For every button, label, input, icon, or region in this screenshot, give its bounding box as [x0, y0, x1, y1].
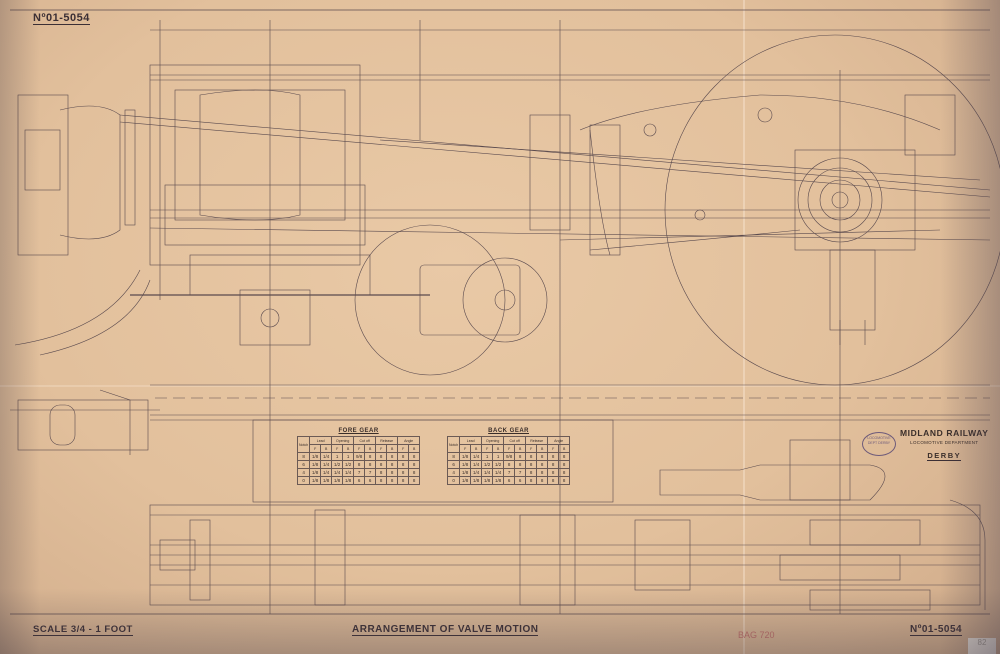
drawing-number-top: Nº01-5054	[33, 12, 90, 25]
back-gear-grid: Notch Lead Opening Cut off Release Angle…	[447, 436, 570, 485]
back-gear-table: BACK GEAR Notch Lead Opening Cut off Rel…	[447, 428, 570, 485]
fore-gear-title: FORE GEAR	[297, 428, 420, 434]
col-release: Release	[526, 437, 548, 445]
col-cutoff: Cut off	[354, 437, 376, 445]
corner-mark: 82	[968, 638, 996, 654]
department-stamp: LOCOMOTIVE DEPT DERBY	[862, 432, 896, 456]
col-notch: Notch	[448, 437, 460, 453]
col-opening: Opening	[332, 437, 354, 445]
title-block: MIDLAND RAILWAY LOCOMOTIVE DEPARTMENT DE…	[900, 428, 989, 463]
department-name: LOCOMOTIVE DEPARTMENT	[900, 440, 989, 445]
drawing-number-bottom: Nº01-5054	[910, 624, 962, 636]
col-cutoff: Cut off	[504, 437, 526, 445]
table-row: 81/81/4119/888888	[448, 453, 570, 461]
table-row: 01/81/81/81/8668888	[448, 477, 570, 485]
fore-gear-table: FORE GEAR Notch Lead Opening Cut off Rel…	[297, 428, 420, 485]
table-row: 41/81/41/41/4778888	[298, 469, 420, 477]
table-row: 61/81/41/21/2888888	[298, 461, 420, 469]
engineering-drawing-sheet: Nº01-5054 FORE GEAR Notch Lead Opening C…	[0, 0, 1000, 654]
table-row: 01/81/81/81/8668888	[298, 477, 420, 485]
table-row: 61/81/41/21/2888888	[448, 461, 570, 469]
drawing-title: ARRANGEMENT OF VALVE MOTION	[352, 624, 538, 636]
col-angle: Angle	[398, 437, 420, 445]
company-name: MIDLAND RAILWAY	[900, 428, 989, 438]
scale-label: SCALE 3/4 - 1 FOOT	[33, 624, 133, 636]
col-notch: Notch	[298, 437, 310, 453]
back-gear-title: BACK GEAR	[447, 428, 570, 434]
col-release: Release	[376, 437, 398, 445]
table-row: 81/81/4119/888888	[298, 453, 420, 461]
col-lead: Lead	[460, 437, 482, 445]
col-lead: Lead	[310, 437, 332, 445]
reference-mark: BAG 720	[738, 630, 775, 640]
table-row: 41/81/41/41/4778888	[448, 469, 570, 477]
col-angle: Angle	[548, 437, 570, 445]
valve-motion-linework	[0, 0, 1000, 654]
col-opening: Opening	[482, 437, 504, 445]
location-name: DERBY	[927, 451, 961, 461]
fore-gear-grid: Notch Lead Opening Cut off Release Angle…	[297, 436, 420, 485]
